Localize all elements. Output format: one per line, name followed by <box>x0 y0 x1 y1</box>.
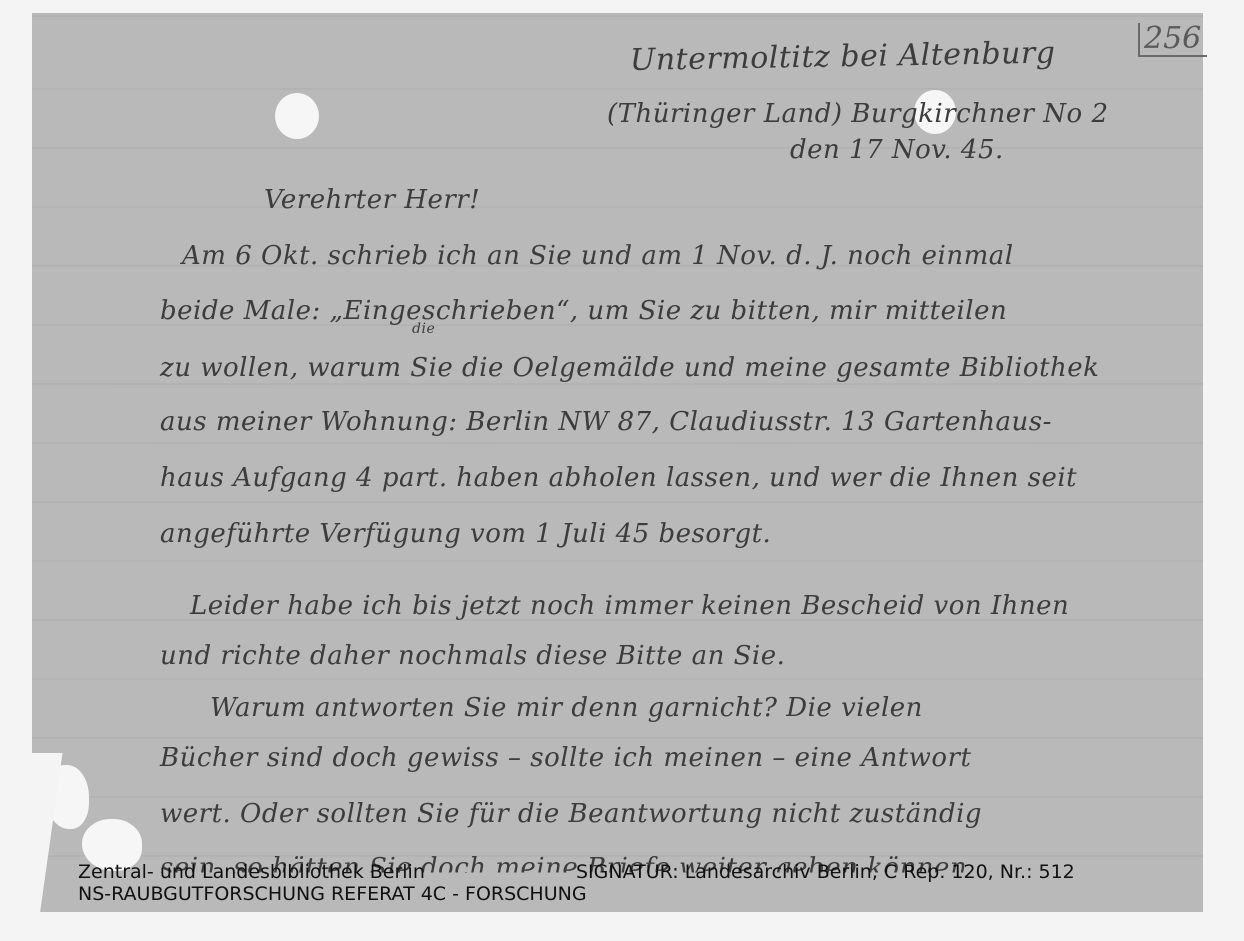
date-line: den 17 Nov. 45. <box>790 135 1004 165</box>
body-line-2: beide Male: „Eingeschrieben“, um Sie zu … <box>160 296 1007 326</box>
place-line: Untermoltitz bei Altenburg <box>630 36 1056 78</box>
address-line: (Thüringer Land) Burgkirchner No 2 <box>607 99 1109 129</box>
letter-paper: 256 Untermoltitz bei Altenburg (Thüringe… <box>32 13 1203 912</box>
body-line-7: Leider habe ich bis jetzt noch immer kei… <box>190 591 1069 621</box>
salutation: Verehrter Herr! <box>264 185 480 215</box>
archive-footer: Zentral- und Landesbibliothek Berlin SIG… <box>78 861 587 905</box>
document-scan: 256 Untermoltitz bei Altenburg (Thüringe… <box>0 0 1244 941</box>
page-number: 256 <box>1138 23 1207 57</box>
archive-department: NS-RAUBGUTFORSCHUNG REFERAT 4C - FORSCHU… <box>78 883 587 905</box>
body-line-6: angeführte Verfügung vom 1 Juli 45 besor… <box>160 519 771 549</box>
body-line-4: aus meiner Wohnung: Berlin NW 87, Claudi… <box>160 407 1052 437</box>
body-line-8: und richte daher nochmals diese Bitte an… <box>160 641 785 671</box>
body-line-5: haus Aufgang 4 part. haben abholen lasse… <box>160 463 1077 493</box>
body-line-1: Am 6 Okt. schrieb ich an Sie und am 1 No… <box>182 241 1014 271</box>
archive-institution: Zentral- und Landesbibliothek Berlin <box>78 861 587 883</box>
body-line-10: Bücher sind doch gewiss – sollte ich mei… <box>160 743 971 773</box>
body-line-3: zu wollen, warum Sie die Oelgemälde und … <box>160 353 1099 383</box>
torn-edge <box>0 753 62 913</box>
archive-signature: SIGNATUR: Landesarchiv Berlin, C Rep. 12… <box>576 861 1075 883</box>
body-line-9: Warum antworten Sie mir denn garnicht? D… <box>210 693 923 723</box>
punch-hole-left <box>275 93 319 139</box>
body-line-11: wert. Oder sollten Sie für die Beantwort… <box>160 799 982 829</box>
